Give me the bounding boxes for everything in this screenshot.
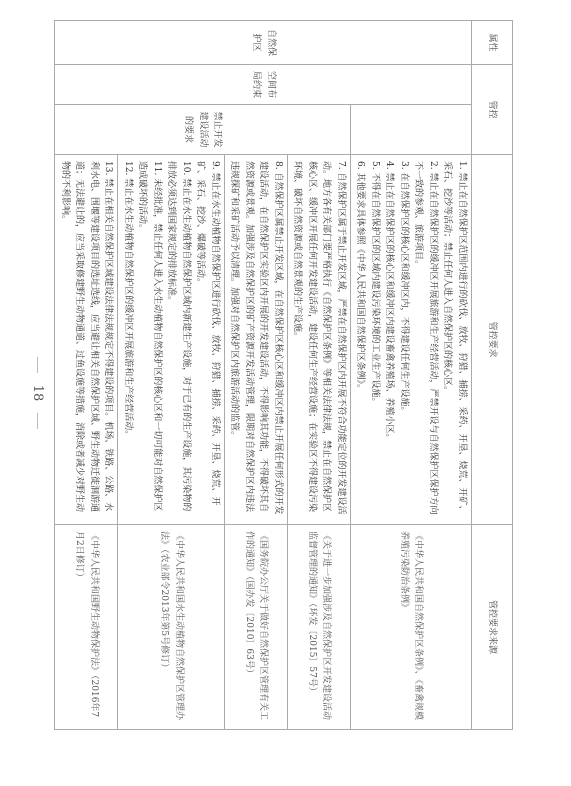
source-cell: 《中华人民共和国自然保护区条例》、《畜禽规模养殖污染防治条例》 bbox=[351, 525, 472, 730]
requirement-cell: 9. 禁止在水生动植物自然保护区进行砍伐、放牧、狩猎、捕捞、采药、开垦、烧荒、开… bbox=[118, 155, 225, 525]
footer-dash-right bbox=[37, 413, 38, 429]
footer-dash-left bbox=[37, 357, 38, 373]
source-text: 《关于进一步加强涉及自然保护区开发建设活动监督管理的通知》（环发〔2015〕57… bbox=[305, 531, 334, 723]
requirement-item: 10. 禁止在水生动植物自然保护区域内新建生产设施，对于已有的生产设施，其污染物… bbox=[164, 161, 193, 518]
requirement-cell: 13. 禁止在相关自然保护区域建设法律法规规定不得建设的项目。机场、铁路、公路、… bbox=[55, 155, 118, 525]
requirement-cell: 8. 自然保护区属禁止开发区域，在自然保护区核心区和缓冲区内禁止开展任何形式的开… bbox=[225, 155, 288, 525]
requirement-item: 1. 禁止在自然保护区范围内进行的砍伐、放牧、狩猎、捕捞、采药、开垦、烧荒、开矿… bbox=[440, 161, 469, 518]
table-header-row: 属性 管控 管控要求 管控要求来源 bbox=[472, 21, 513, 730]
requirement-item: 9. 禁止在水生动植物自然保护区进行砍伐、放牧、狩猎、捕捞、采药、开垦、烧荒、开… bbox=[193, 161, 222, 518]
page-number: 18 bbox=[30, 385, 45, 402]
page-footer: 18 bbox=[30, 0, 45, 786]
source-text: 《中华人民共和国水生动植物自然保护区管理办法》（农业部令2013年第5号修订） bbox=[157, 531, 186, 723]
requirement-item: 12. 禁止在水生动植物自然保护区的缓冲区开展旅游和生产经营活动。 bbox=[121, 161, 136, 518]
header-source: 管控要求来源 bbox=[472, 525, 513, 730]
control-requirements-table: 属性 管控 管控要求 管控要求来源 自然保护区 空间布局约束 1. 禁止在自然保… bbox=[55, 20, 514, 730]
source-cell: 《中华人民共和国水生动植物自然保护区管理办法》（农业部令2013年第5号修订） bbox=[118, 525, 225, 730]
requirement-item: 8. 自然保护区属禁止开发区域，在自然保护区核心区和缓冲区内禁止开展任何形式的开… bbox=[227, 161, 285, 518]
source-text: 《中华人民共和国自然保护区条例》、《畜禽规模养殖污染防治条例》 bbox=[397, 531, 426, 723]
table-row: 自然保护区 空间布局约束 1. 禁止在自然保护区范围内进行的砍伐、放牧、狩猎、捕… bbox=[351, 21, 472, 730]
requirement-item: 4. 禁止在自然保护区的核心区和缓冲区内建设畜禽养殖场、养殖小区。 bbox=[382, 161, 397, 518]
header-requirement: 管控要求 bbox=[472, 155, 513, 525]
requirement-item: 6. 其他要求具体参照《中华人民共和国自然保护区条例》。 bbox=[353, 161, 368, 518]
requirement-cell: 7. 自然保护区属于禁止开发区域，严禁在自然保护区内开展不符合功能定位的开发建设… bbox=[288, 155, 351, 525]
header-attribute: 属性 bbox=[472, 21, 513, 65]
source-cell: 《关于进一步加强涉及自然保护区开发建设活动监督管理的通知》（环发〔2015〕57… bbox=[288, 525, 351, 730]
requirement-item: 13. 禁止在相关自然保护区域建设法律法规规定不得建设的项目。机场、铁路、公路、… bbox=[58, 161, 116, 518]
requirement-item: 7. 自然保护区属于禁止开发区域，严禁在自然保护区内开展不符合功能定位的开发建设… bbox=[290, 161, 348, 518]
control-category-cell: 空间布局约束 bbox=[55, 65, 472, 105]
requirement-item: 5. 不得在自然保护区的区域内建设污染环境的工业生产设施。 bbox=[368, 161, 383, 518]
requirement-cell: 1. 禁止在自然保护区范围内进行的砍伐、放牧、狩猎、捕捞、采药、开垦、烧荒、开矿… bbox=[351, 155, 472, 525]
source-text: 《中华人民共和国野生动物保护法》（2016年7月2日修订） bbox=[72, 531, 101, 723]
source-text: 《国务院办公厅关于做好自然保护区管理有关工作的通知》（国办发〔2010〕63号） bbox=[242, 531, 271, 723]
source-cell: 《国务院办公厅关于做好自然保护区管理有关工作的通知》（国办发〔2010〕63号） bbox=[225, 525, 288, 730]
requirement-item: 2. 禁止在自然保护区的缓冲区开展旅游和生产经营活动，严禁开设与自然保护区保护方… bbox=[411, 161, 440, 518]
table-row: 禁止开发建设活动的要求 7. 自然保护区属于禁止开发区域，严禁在自然保护区内开展… bbox=[288, 21, 351, 730]
subcategory-cell: 禁止开发建设活动的要求 bbox=[55, 105, 351, 155]
source-cell: 《中华人民共和国野生动物保护法》（2016年7月2日修订） bbox=[55, 525, 118, 730]
requirement-item: 11. 未经批准，禁止任何人进入水生动植物自然保护区的核心区和一切可能对自然保护… bbox=[135, 161, 164, 518]
header-control: 管控 bbox=[472, 65, 513, 155]
rotated-page: 属性 管控 管控要求 管控要求来源 自然保护区 空间布局约束 1. 禁止在自然保… bbox=[0, 0, 571, 786]
requirement-item: 3. 在自然保护区的核心区和缓冲区内，不得建设任何生产设施。 bbox=[397, 161, 412, 518]
attribute-cell: 自然保护区 bbox=[55, 21, 472, 65]
subcategory-cell bbox=[351, 105, 472, 155]
